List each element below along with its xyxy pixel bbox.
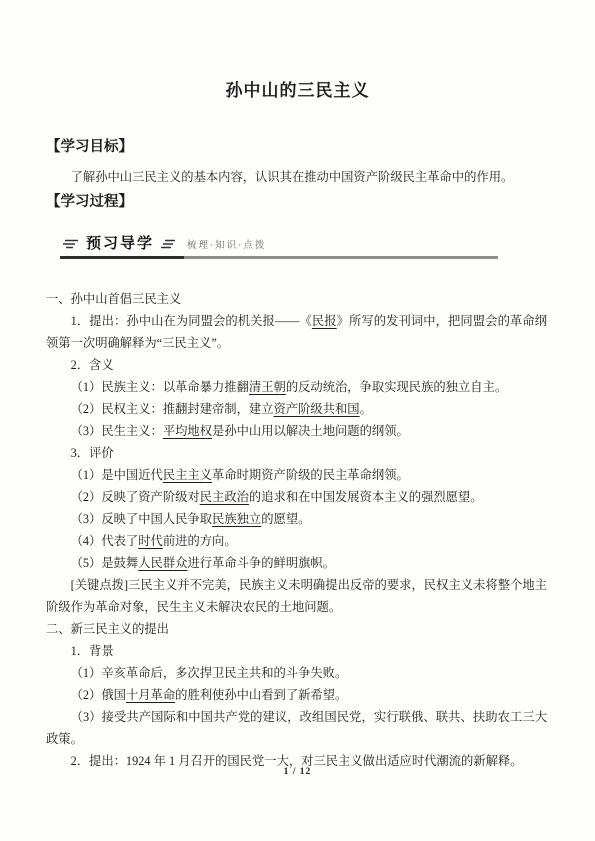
stacked-lines-icon (62, 238, 79, 250)
learning-objectives-header: 【学习目标】 (0, 137, 595, 157)
section-heading: 二、新三民主义的提出 (46, 618, 547, 640)
doc-paragraph: （2）民权主义：推翻封建帝制，建立资产阶级共和国。 (46, 398, 547, 420)
page-title: 孙中山的三民主义 (0, 0, 595, 102)
doc-paragraph: （1）是中国近代民主主义革命时期资产阶级的民主革命纲领。 (46, 464, 547, 486)
doc-paragraph: 3．评价 (46, 442, 547, 464)
banner-rule-dark-segment (60, 256, 184, 259)
learning-process-header: 【学习过程】 (0, 192, 595, 212)
doc-paragraph: （1）辛亥革命后，多次捍卫民主共和的斗争失败。 (46, 662, 547, 684)
doc-paragraph: 1．背景 (46, 640, 547, 662)
doc-paragraph: （2）俄国十月革命的胜利使孙中山看到了新希望。 (46, 684, 547, 706)
doc-paragraph: （3）反映了中国人民争取民族独立的愿望。 (46, 508, 547, 530)
key-tips-paragraph: [关键点拨]三民主义并不完美，民族主义未明确提出反帝的要求，民权主义未将整个地主… (46, 574, 547, 618)
doc-paragraph: 2．含义 (46, 354, 547, 376)
preview-guide-banner: 预习导学 梳理·知识·点拨 (62, 232, 547, 256)
banner-title: 预习导学 (86, 235, 154, 253)
doc-paragraph: （4）代表了时代前进的方向。 (46, 530, 547, 552)
document-page: 孙中山的三民主义 【学习目标】 了解孙中山三民主义的基本内容，认识其在推动中国资… (0, 0, 595, 841)
doc-paragraph: （3）接受共产国际和中国共产党的建议，改组国民党，实行联俄、联共、扶助农工三大政… (46, 706, 547, 750)
doc-paragraph: （5）是鼓舞人民群众进行革命斗争的鲜明旗帜。 (46, 552, 547, 574)
doc-paragraph: （1）民族主义：以革命暴力推翻清王朝的反动统治，争取实现民族的独立自主。 (46, 376, 547, 398)
document-body: 一、孙中山首倡三民主义 1．提出：孙中山在为同盟会的机关报——《民报》所写的发刊… (0, 288, 595, 772)
doc-paragraph: （2）反映了资产阶级对民主政治的追求和在中国发展资本主义的强烈愿望。 (46, 486, 547, 508)
doc-paragraph: （3）民生主义：平均地权是孙中山用以解决土地问题的纲领。 (46, 420, 547, 442)
stacked-lines-icon (161, 238, 176, 250)
section-heading: 一、孙中山首倡三民主义 (46, 288, 547, 310)
learning-objectives-text: 了解孙中山三民主义的基本内容，认识其在推动中国资产阶级民主革命中的作用。 (0, 166, 595, 188)
page-number: 1 / 12 (0, 767, 595, 777)
doc-paragraph: 1．提出：孙中山在为同盟会的机关报——《民报》所写的发刊词中，把同盟会的革命纲领… (46, 310, 547, 354)
banner-subtitle: 梳理·知识·点拨 (183, 237, 266, 251)
